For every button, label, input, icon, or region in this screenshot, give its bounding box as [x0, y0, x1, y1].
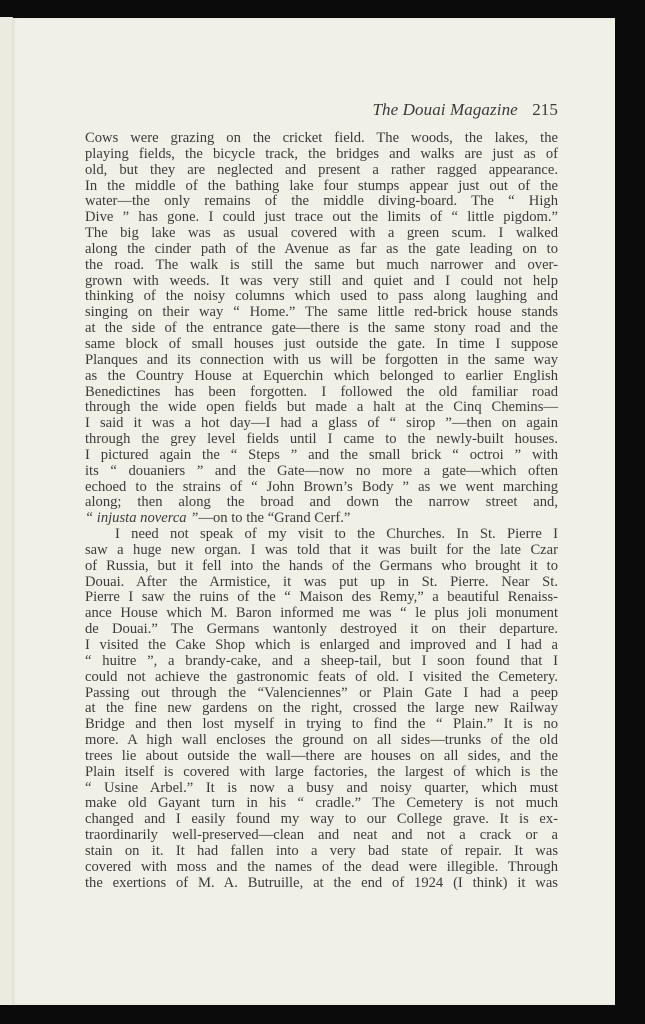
text-line: singing on their way “ Home.” The same l…	[85, 305, 558, 321]
text-line: stain on it. It had fallen into a very b…	[85, 844, 558, 860]
text-line: “ huitre ”, a brandy-cake, and a sheep-t…	[85, 654, 558, 670]
text-line: I said it was a hot day—I had a glass of…	[85, 416, 558, 432]
text-line: Bridge and then lost myself in trying to…	[85, 717, 558, 733]
text-line: playing fields, the bicycle track, the b…	[85, 147, 558, 163]
text-line: Planques and its connection with us will…	[85, 353, 558, 369]
text-line: changed and I easily found my way to our…	[85, 812, 558, 828]
text-line: its “ douaniers ” and the Gate—now no mo…	[85, 464, 558, 480]
text-fragment: —on to the “Grand Cerf.”	[198, 510, 350, 526]
text-line: I pictured again the “ Steps ” and the s…	[85, 448, 558, 464]
text-line: The big lake was as usual covered with a…	[85, 226, 558, 242]
text-line: thinking of the noisy columns which used…	[85, 289, 558, 305]
text-line: Cows were grazing on the cricket field. …	[85, 131, 558, 147]
text-line: more. A high wall encloses the ground on…	[85, 733, 558, 749]
text-line: “ Usine Arbel.” It is now a busy and noi…	[85, 781, 558, 797]
text-line: In the middle of the bathing lake four s…	[85, 179, 558, 195]
text-line: the road. The walk is still the same but…	[85, 258, 558, 274]
latin-phrase: “ injusta noverca ”	[85, 510, 198, 526]
text-line: old, but they are neglected and present …	[85, 163, 558, 179]
paragraph-start-line: I need not speak of my visit to the Chur…	[85, 527, 558, 543]
magazine-title: The Douai Magazine	[372, 100, 517, 119]
text-line: through the wide open fields but made a …	[85, 400, 558, 416]
text-line: Pierre I saw the ruins of the “ Maison d…	[85, 590, 558, 606]
book-page: The Douai Magazine 215 Cows were grazing…	[12, 18, 615, 1005]
text-line: at the fine new gardens on the right, cr…	[85, 701, 558, 717]
text-line: same block of small houses just outside …	[85, 337, 558, 353]
text-line: make old Gayant turn in his “ cradle.” T…	[85, 796, 558, 812]
page-number: 215	[532, 100, 558, 119]
body-text: Cows were grazing on the cricket field. …	[85, 131, 558, 892]
text-line: ance House which M. Baron informed me wa…	[85, 606, 558, 622]
text-line: echoed to the strains of “ John Brown’s …	[85, 480, 558, 496]
text-line: could not achieve the gastronomic feats …	[85, 670, 558, 686]
text-line: Benedictines has been forgotten. I follo…	[85, 385, 558, 401]
text-line: water—the only remains of the middle div…	[85, 194, 558, 210]
text-line: Passing out through the “Valenciennes” o…	[85, 686, 558, 702]
text-line: through the grey level fields until I ca…	[85, 432, 558, 448]
text-line: Dive ” has gone. I could just trace out …	[85, 210, 558, 226]
text-line: trees lie about outside the wall—there a…	[85, 749, 558, 765]
paragraph-end-line: “ injusta noverca ”—on to the “Grand Cer…	[85, 511, 558, 527]
text-line: grown with weeds. It was very still and …	[85, 274, 558, 290]
text-line: at the side of the entrance gate—there i…	[85, 321, 558, 337]
text-line: along the cinder path of the Avenue as f…	[85, 242, 558, 258]
text-line: covered with moss and the names of the d…	[85, 860, 558, 876]
running-header: The Douai Magazine 215	[372, 100, 558, 120]
text-line: traordinarily well-preserved—clean and n…	[85, 828, 558, 844]
text-line: of Russia, but it fell into the hands of…	[85, 559, 558, 575]
text-line: as the Country House at Equerchin which …	[85, 369, 558, 385]
text-line: along; then along the broad and down the…	[85, 495, 558, 511]
text-line: saw a huge new organ. I was told that it…	[85, 543, 558, 559]
text-line: the exertions of M. A. Butruille, at the…	[85, 876, 558, 892]
text-line: Douai. After the Armistice, it was put u…	[85, 575, 558, 591]
text-line: I visited the Cake Shop which is enlarge…	[85, 638, 558, 654]
text-line: Plain itself is covered with large facto…	[85, 765, 558, 781]
text-line: de Douai.” The Germans wantonly destroye…	[85, 622, 558, 638]
